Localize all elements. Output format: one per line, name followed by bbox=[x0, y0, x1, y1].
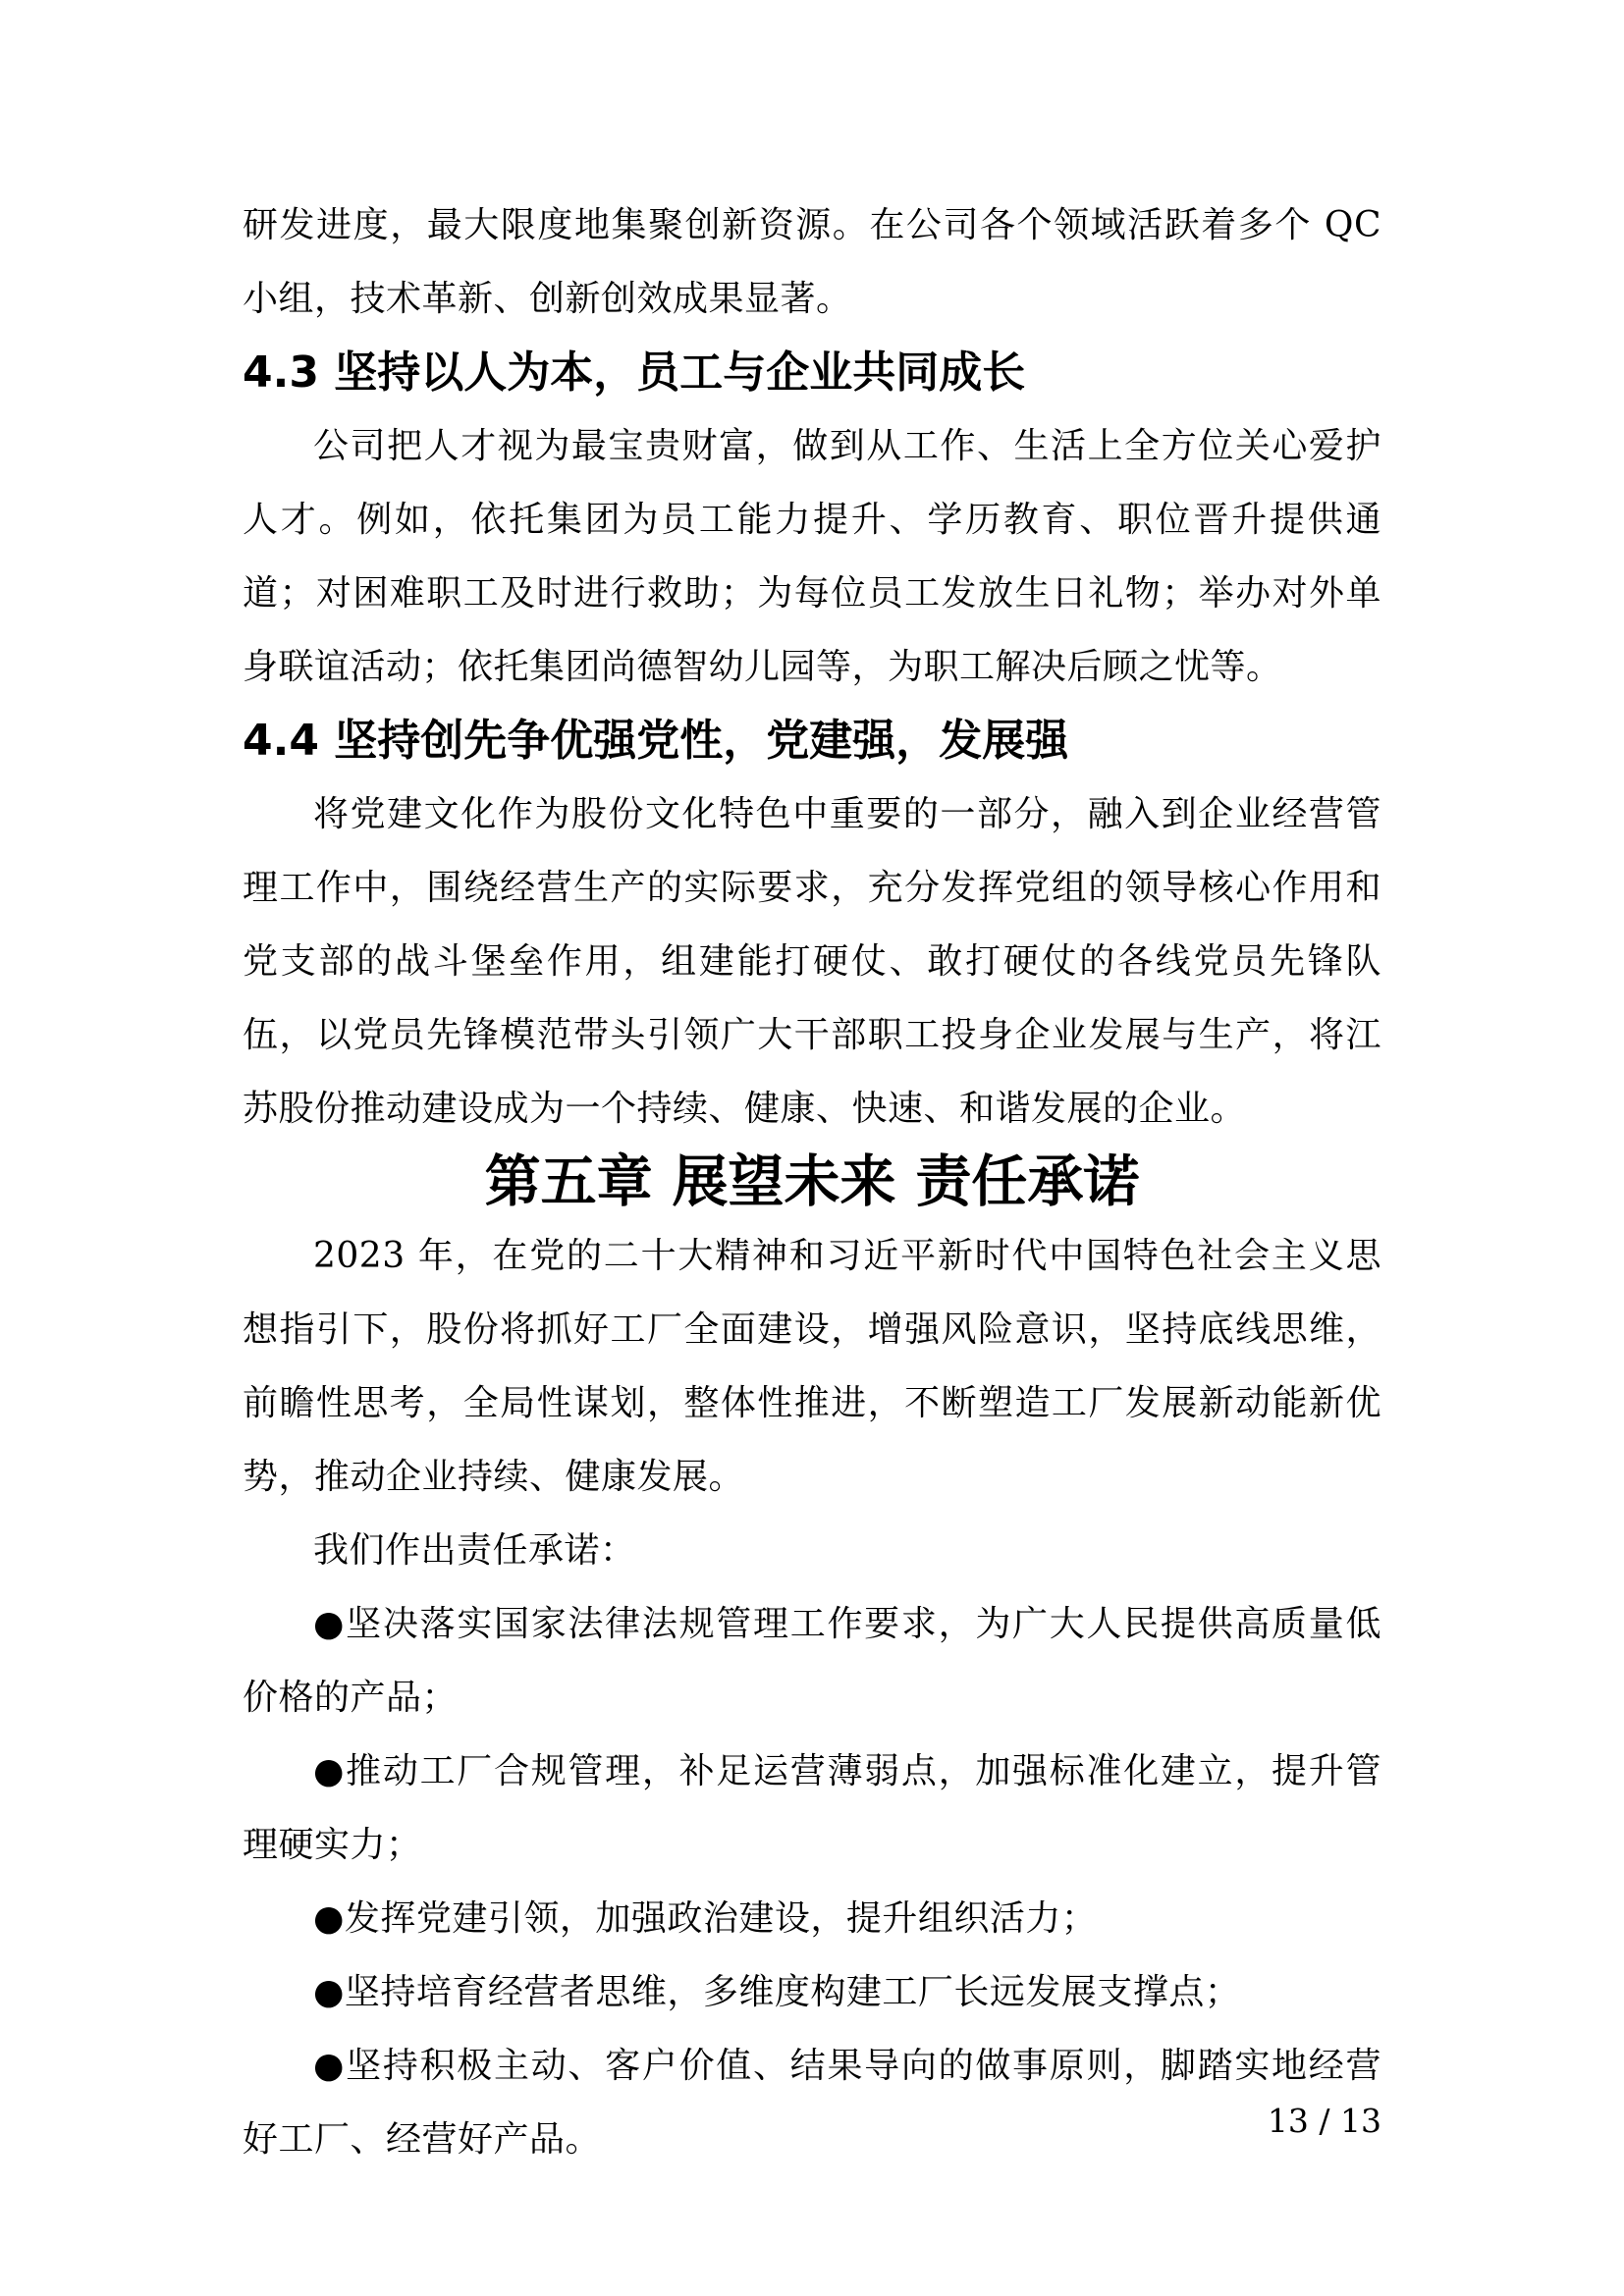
paragraph-qc-innovation: 研发进度，最大限度地集聚创新资源。在公司各个领域活跃着多个 QC 小组，技术革新… bbox=[243, 188, 1381, 336]
document-page: 研发进度，最大限度地集聚创新资源。在公司各个领域活跃着多个 QC 小组，技术革新… bbox=[0, 0, 1624, 2296]
page-footer: 13 / 13 bbox=[243, 2103, 1381, 2140]
commitment-item-3: ●发挥党建引领，加强政治建设，提升组织活力； bbox=[243, 1882, 1381, 1955]
page-number: 13 / 13 bbox=[1268, 2102, 1381, 2140]
paragraph-section-4-4: 将党建文化作为股份文化特色中重要的一部分，融入到企业经营管理工作中，围绕经营生产… bbox=[243, 777, 1381, 1146]
heading-section-4-4: 4.4 坚持创先争优强党性，党建强，发展强 bbox=[243, 704, 1381, 777]
heading-section-4-3: 4.3 坚持以人为本，员工与企业共同成长 bbox=[243, 336, 1381, 409]
commitment-item-1: ●坚决落实国家法律法规管理工作要求，为广大人民提供高质量低价格的产品； bbox=[243, 1587, 1381, 1735]
page-content: 研发进度，最大限度地集聚创新资源。在公司各个领域活跃着多个 QC 小组，技术革新… bbox=[243, 188, 1381, 2176]
paragraph-commitment-lead: 我们作出责任承诺： bbox=[243, 1514, 1381, 1587]
paragraph-section-4-3: 公司把人才视为最宝贵财富，做到从工作、生活上全方位关心爱护人才。例如，依托集团为… bbox=[243, 409, 1381, 704]
commitment-item-2: ●推动工厂合规管理，补足运营薄弱点，加强标准化建立，提升管理硬实力； bbox=[243, 1735, 1381, 1882]
chapter-five-title: 第五章 展望未来 责任承诺 bbox=[243, 1146, 1381, 1219]
paragraph-outlook-2023: 2023 年，在党的二十大精神和习近平新时代中国特色社会主义思想指引下，股份将抓… bbox=[243, 1219, 1381, 1514]
commitment-item-4: ●坚持培育经营者思维，多维度构建工厂长远发展支撑点； bbox=[243, 1955, 1381, 2029]
